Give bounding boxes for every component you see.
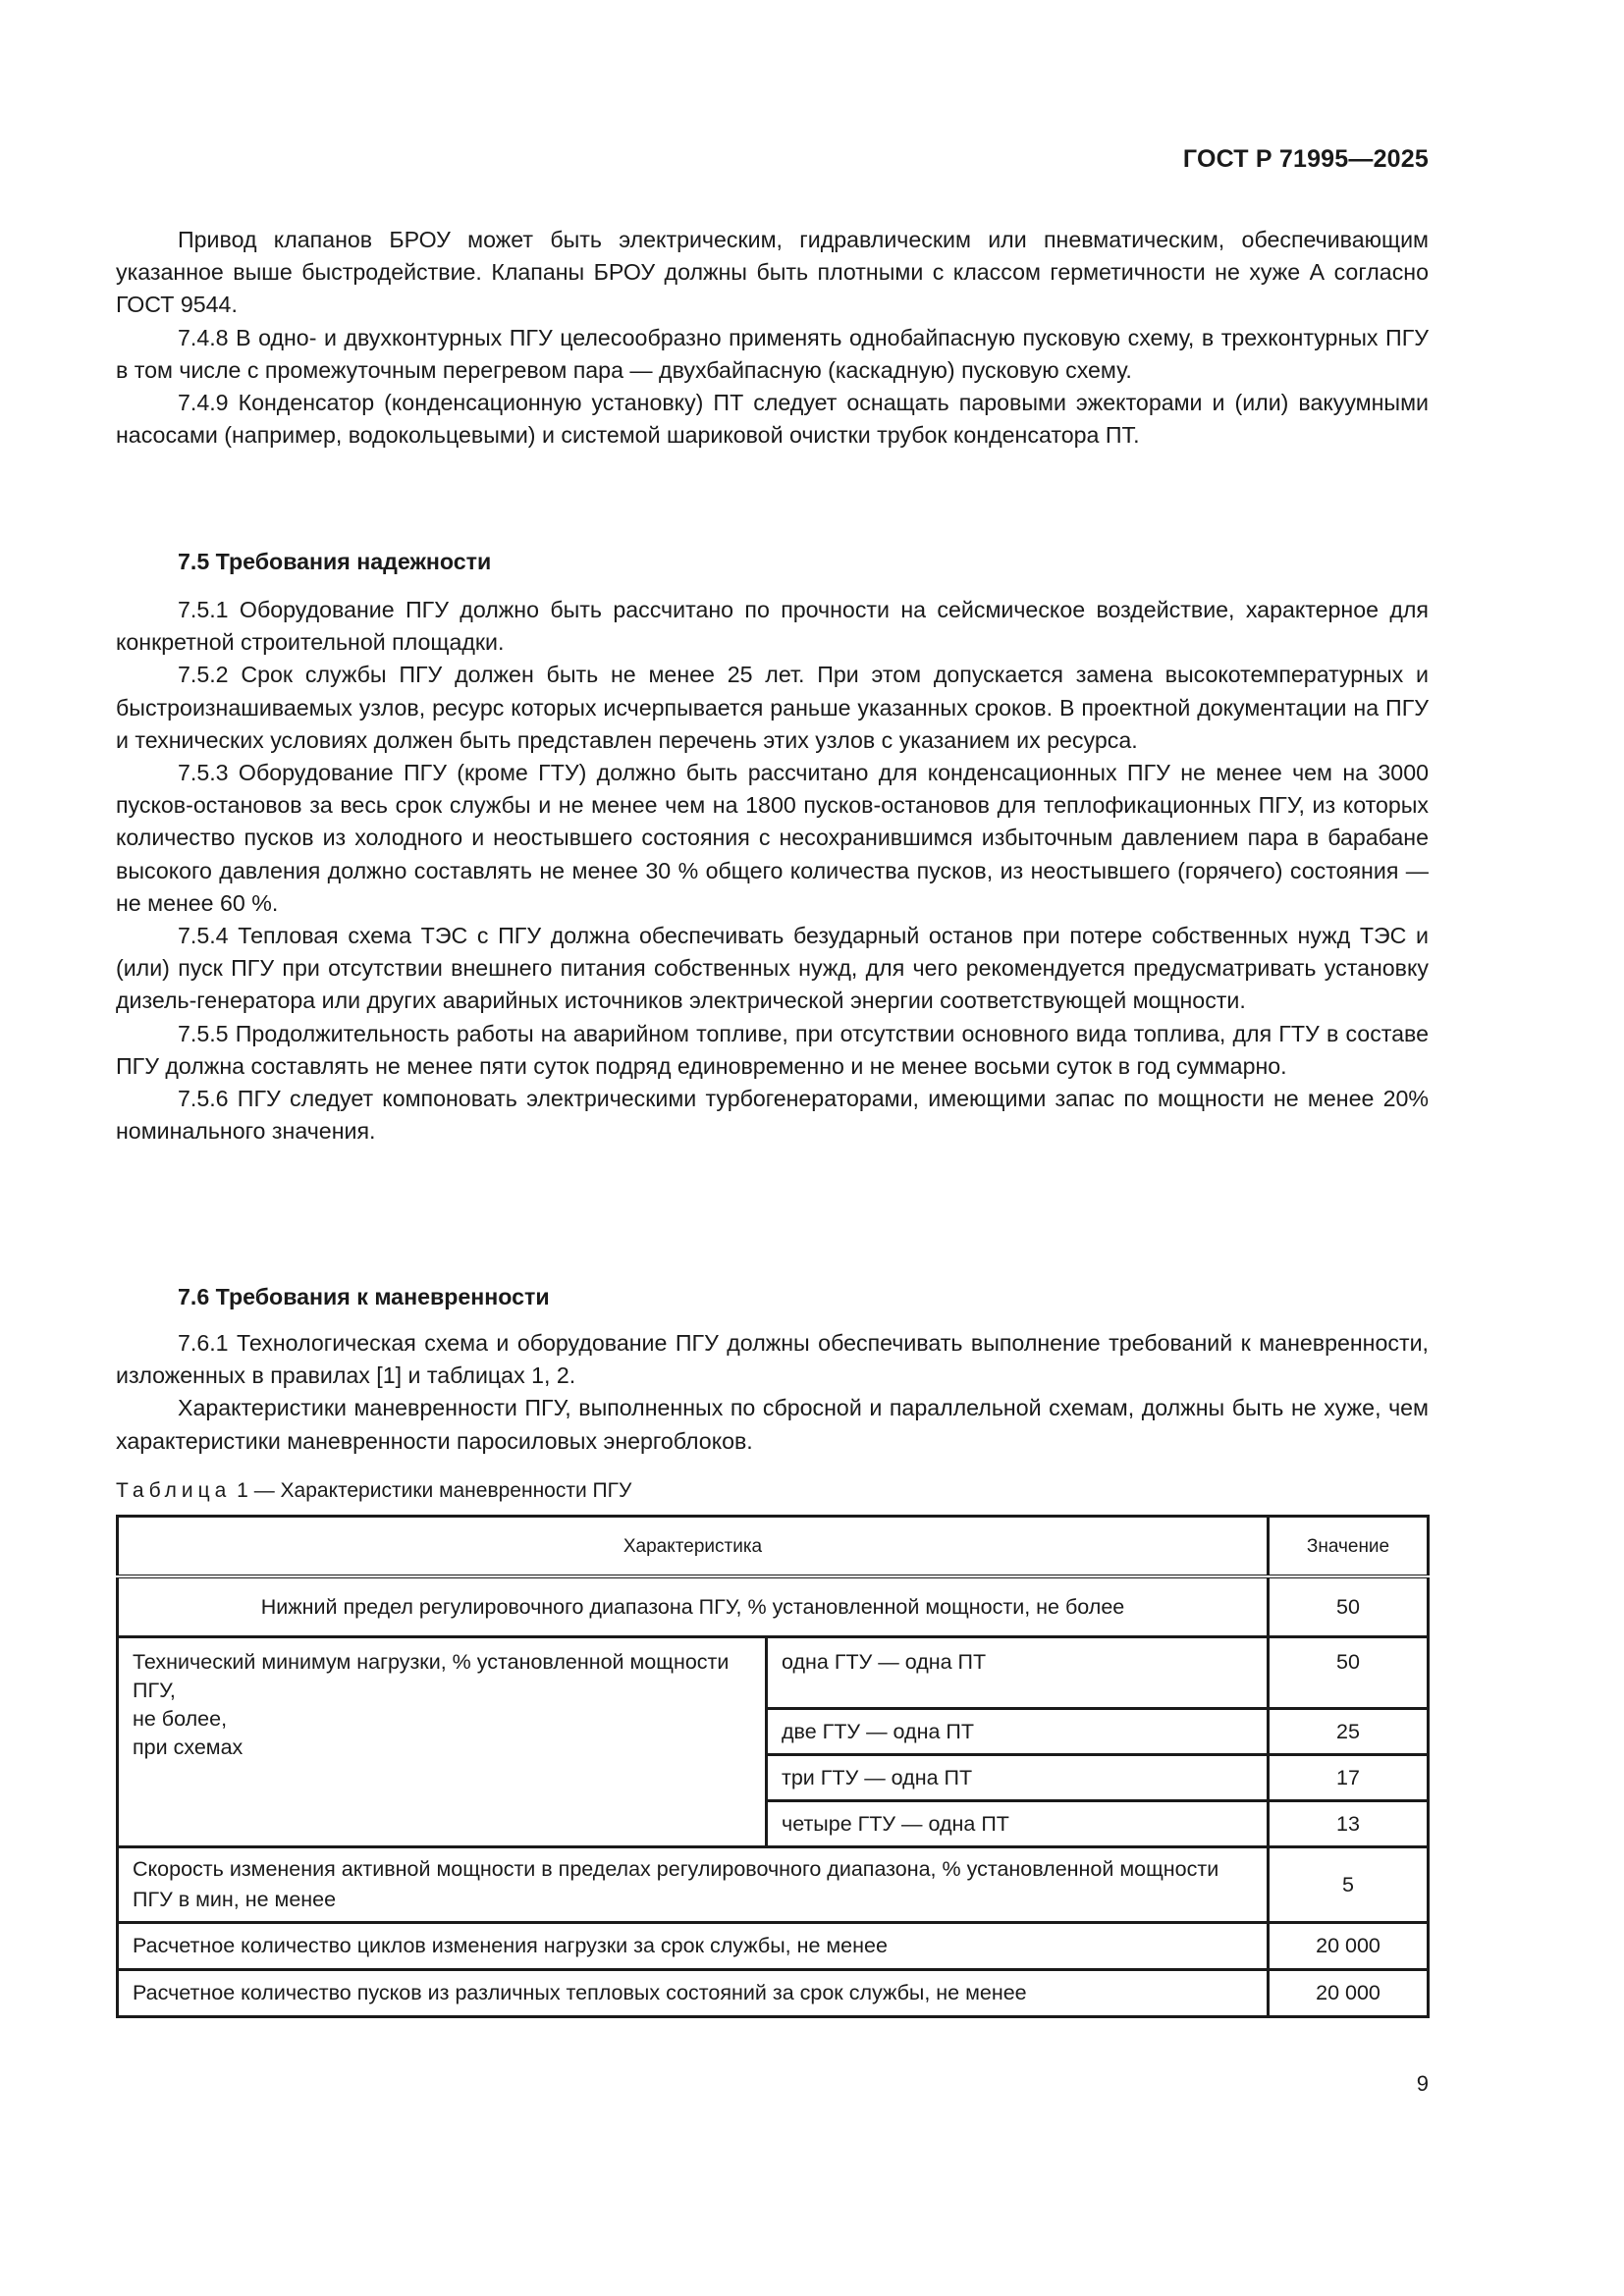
scheme-label: три ГТУ — одна ПТ	[767, 1755, 1269, 1801]
tech-min-line-1: Технический минимум нагрузки, % установл…	[133, 1650, 729, 1702]
scheme-value: 17	[1269, 1755, 1429, 1801]
paragraph-7-4-9: 7.4.9 Конденсатор (конденсационную устан…	[116, 387, 1429, 452]
intro-paragraphs: Привод клапанов БРОУ может быть электрич…	[116, 224, 1429, 452]
table-row: Скорость изменения активной мощности в п…	[118, 1847, 1429, 1923]
tech-min-line-3: при схемах	[133, 1735, 243, 1759]
header-value: Значение	[1269, 1517, 1429, 1577]
scheme-label: одна ГТУ — одна ПТ	[767, 1637, 1269, 1709]
row-speed-value: 5	[1269, 1847, 1429, 1923]
scheme-value: 50	[1269, 1637, 1429, 1709]
paragraph-7-4-8: 7.4.8 В одно- и двухконтурных ПГУ целесо…	[116, 322, 1429, 387]
row-starts-label: Расчетное количество пусков из различных…	[118, 1970, 1269, 2017]
row-cycles-value: 20 000	[1269, 1923, 1429, 1970]
paragraph-broy-drive: Привод клапанов БРОУ может быть электрич…	[116, 224, 1429, 322]
table-row: Нижний предел регулировочного диапазона …	[118, 1576, 1429, 1637]
row-starts-value: 20 000	[1269, 1970, 1429, 2017]
tech-min-label: Технический минимум нагрузки, % установл…	[118, 1637, 767, 1847]
scheme-label: четыре ГТУ — одна ПТ	[767, 1801, 1269, 1847]
scheme-label: две ГТУ — одна ПТ	[767, 1709, 1269, 1755]
table-row: Технический минимум нагрузки, % установл…	[118, 1637, 1429, 1709]
section-heading-7-5: 7.5 Требования надежности	[178, 546, 491, 578]
paragraph-7-5-3: 7.5.3 Оборудование ПГУ (кроме ГТУ) должн…	[116, 757, 1429, 920]
paragraph-7-5-1: 7.5.1 Оборудование ПГУ должно быть рассч…	[116, 594, 1429, 659]
row-lower-limit-value: 50	[1269, 1576, 1429, 1637]
paragraph-7-5-4: 7.5.4 Тепловая схема ТЭС с ПГУ должна об…	[116, 920, 1429, 1018]
paragraph-7-6-1: 7.6.1 Технологическая схема и оборудован…	[116, 1327, 1429, 1392]
scheme-value: 13	[1269, 1801, 1429, 1847]
page-number: 9	[1417, 2071, 1429, 2097]
section-7-5-body: 7.5.1 Оборудование ПГУ должно быть рассч…	[116, 594, 1429, 1148]
table-header-row: Характеристика Значение	[118, 1517, 1429, 1577]
paragraph-7-6-note: Характеристики маневренности ПГУ, выполн…	[116, 1392, 1429, 1457]
table-caption-title: 1 — Характеристики маневренности ПГУ	[231, 1479, 631, 1502]
section-7-6-body: 7.6.1 Технологическая схема и оборудован…	[116, 1327, 1429, 1458]
paragraph-7-5-5: 7.5.5 Продолжительность работы на аварий…	[116, 1018, 1429, 1083]
table-row: Расчетное количество циклов изменения на…	[118, 1923, 1429, 1970]
document-designation: ГОСТ Р 71995—2025	[1183, 145, 1429, 174]
paragraph-7-5-2: 7.5.2 Срок службы ПГУ должен быть не мен…	[116, 659, 1429, 757]
row-cycles-label: Расчетное количество циклов изменения на…	[118, 1923, 1269, 1970]
table-row: Расчетное количество пусков из различных…	[118, 1970, 1429, 2017]
table-caption: Таблица 1 — Характеристики маневренности…	[116, 1477, 631, 1505]
row-lower-limit-label: Нижний предел регулировочного диапазона …	[118, 1576, 1269, 1637]
paragraph-7-5-6: 7.5.6 ПГУ следует компоновать электричес…	[116, 1083, 1429, 1148]
tech-min-line-2: не более,	[133, 1707, 227, 1731]
scheme-value: 25	[1269, 1709, 1429, 1755]
table-caption-label: Таблица	[116, 1479, 231, 1502]
section-heading-7-6: 7.6 Требования к маневренности	[178, 1281, 550, 1313]
header-characteristic: Характеристика	[118, 1517, 1269, 1577]
maneuverability-table: Характеристика Значение Нижний предел ре…	[116, 1515, 1430, 2018]
row-speed-label: Скорость изменения активной мощности в п…	[118, 1847, 1269, 1923]
